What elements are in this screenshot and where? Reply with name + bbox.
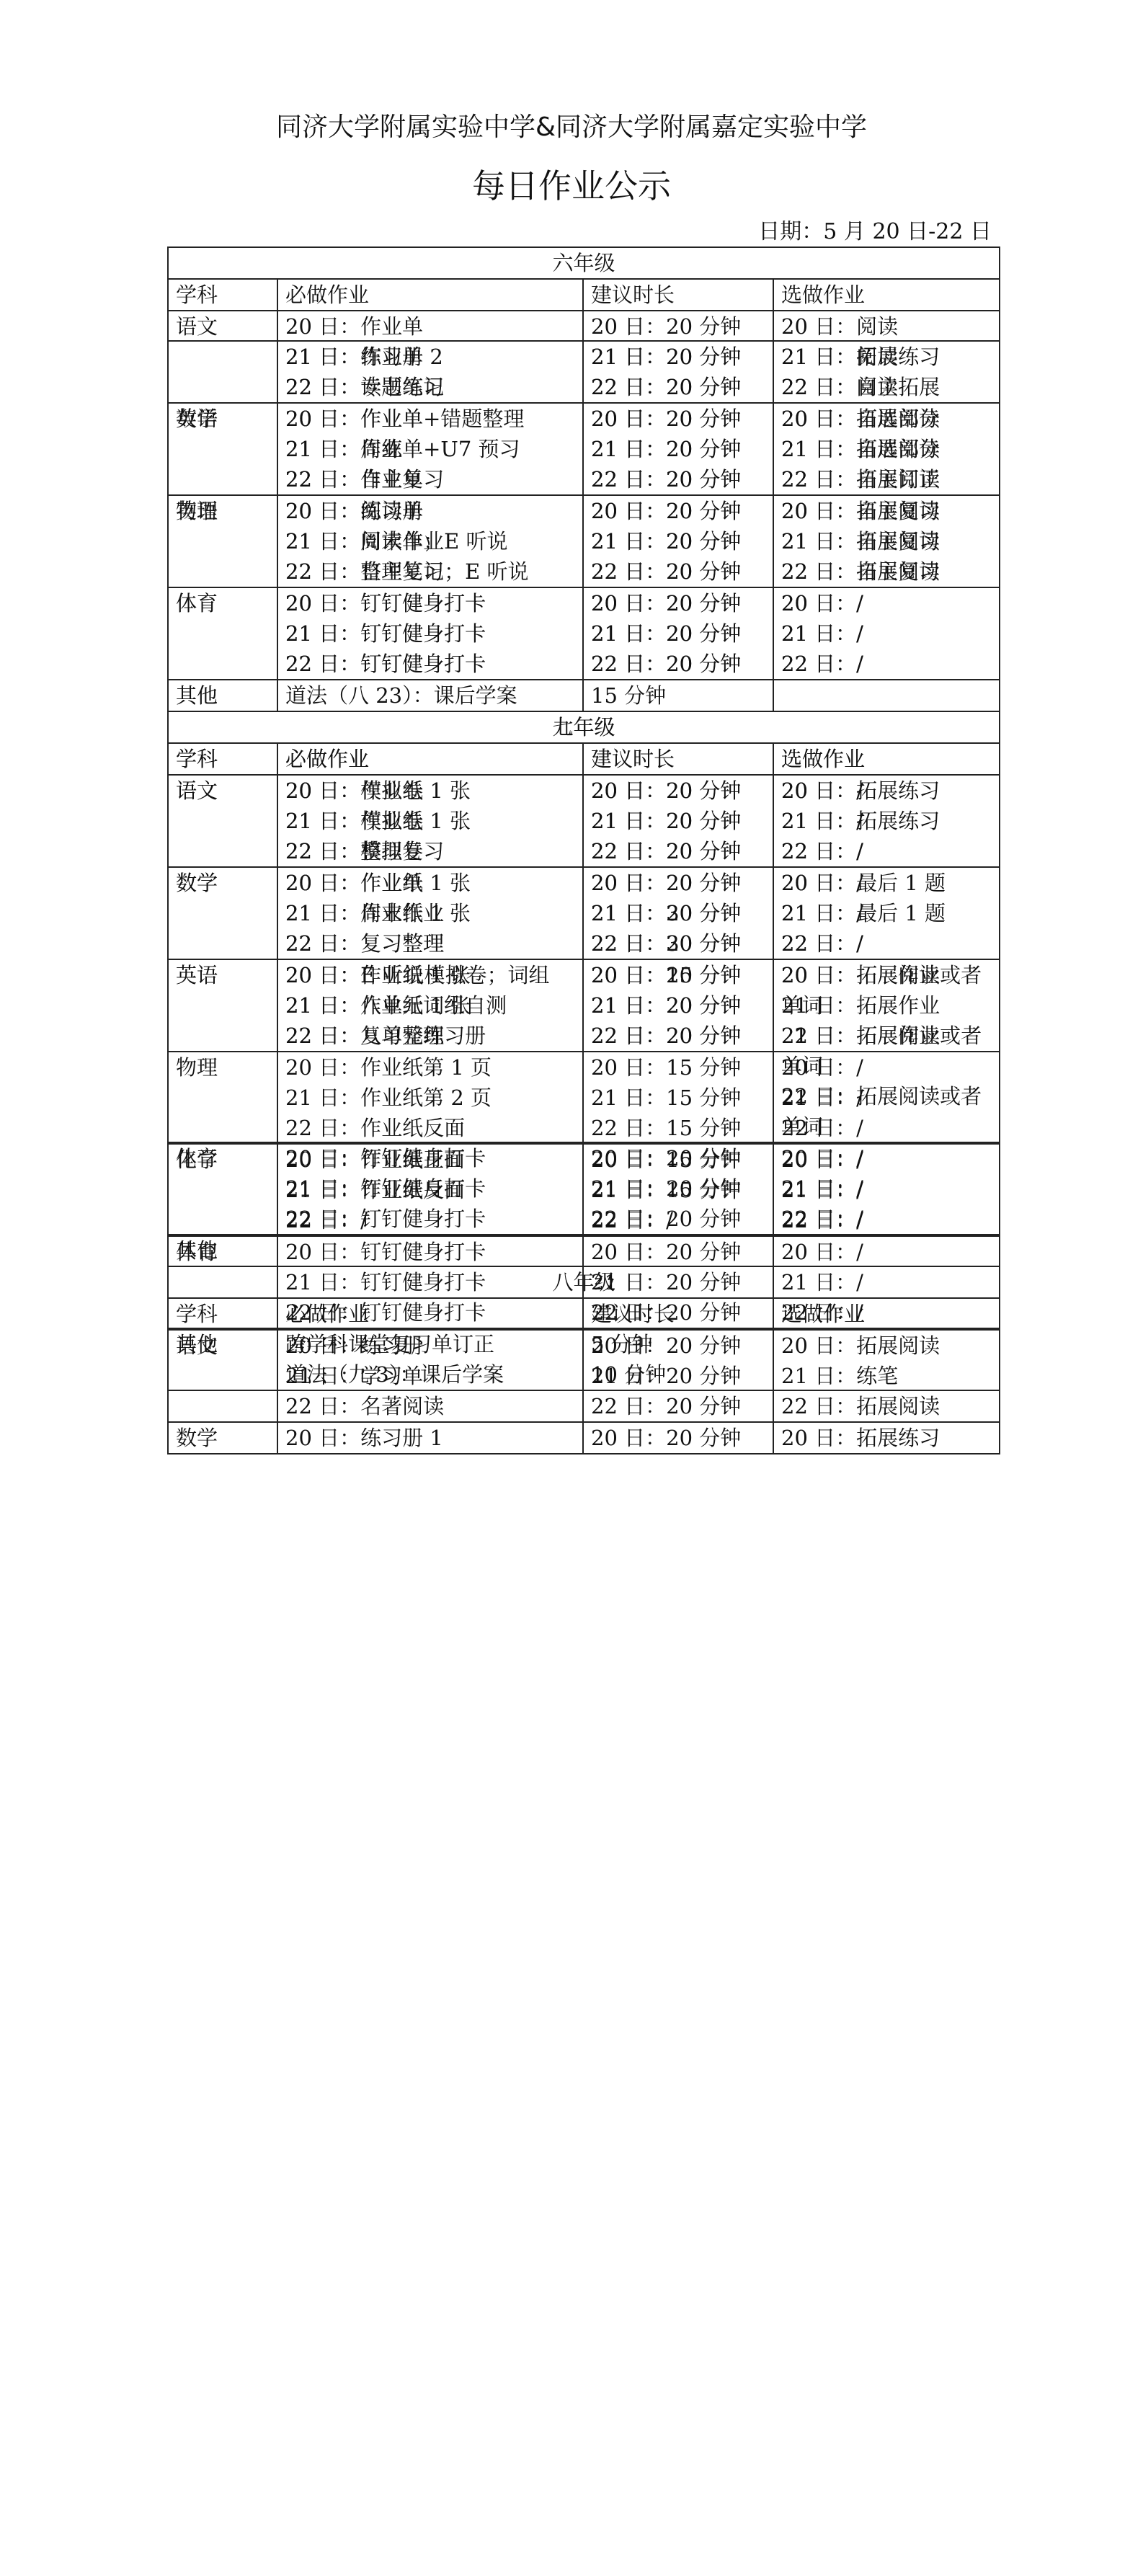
optional-homework-line: 20 日：自主复习 [781, 496, 992, 526]
column-header: 必做作业 [277, 743, 583, 775]
subject-name: 体育 [168, 587, 277, 680]
subject-name: 物理 [168, 1052, 277, 1144]
suggested-duration-line: 20 日：20 分钟 [591, 588, 765, 618]
subject-name: 其他 [168, 1328, 277, 1390]
grade-title: 九年级 [168, 711, 1000, 743]
optional-homework: 20 日：自主复习21 日：自主复习22 日：自主复习 [773, 495, 1000, 587]
suggested-duration: 20 日：20 分钟21 日：20 分钟22 日：20 分钟 [583, 959, 773, 1052]
suggested-duration-line: 20 日：20 分钟 [591, 960, 765, 990]
optional-homework: 20 日：/21 日：/22 日：/ [773, 1052, 1000, 1144]
suggested-duration-line: 21 日：15 分钟 [591, 1175, 765, 1205]
optional-homework-line: 21 日：拓展作业 [781, 990, 992, 1021]
optional-homework-line: 20 日：拓展作业 [781, 960, 992, 990]
subject-name: 物理 [168, 495, 277, 587]
suggested-duration: 21 日：20 分钟22 日：20 分钟 [583, 341, 773, 403]
suggested-duration: 20 日：20 分钟21 日：20 分钟22 日：20 分钟 [583, 867, 773, 959]
optional-homework: 20 日：/21 日：/22 日：/ [773, 1236, 1000, 1328]
optional-homework: 20 日：/21 日：/22 日：/ [773, 1144, 1000, 1236]
suggested-duration-line: 20 日：20 分钟 [591, 1237, 765, 1267]
suggested-duration-line: 22 日：20 分钟 [591, 556, 765, 587]
required-homework-line: 跨学科课堂复习单订正 [285, 1329, 575, 1359]
subject-row: 英语20 日：作业单+错题整理21 日：作业单+U7 预习22 日：作业单20 … [168, 403, 1000, 495]
subject-row: 语文20 日：作业纸 1 张21 日：作业纸 1 张22 日：整理复习20 日：… [168, 775, 1000, 867]
suggested-duration-line: 20 日：15 分钟 [591, 1145, 765, 1175]
subject-row: 21 日：练习册 222 日：专题练习21 日：20 分钟22 日：20 分钟2… [168, 341, 1000, 403]
optional-homework-line: 22 日：拓展作业 [781, 1021, 992, 1051]
required-homework-line: 21 日：作业纸反面 [285, 1175, 575, 1205]
required-homework-line: 22 日：自主复习 [285, 556, 575, 587]
suggested-duration-line: 22 日：20 分钟 [591, 372, 765, 402]
required-homework-line: 22 日：专题练习 [285, 372, 575, 402]
suggested-duration-line: 21 日：20 分钟 [591, 806, 765, 836]
required-homework-line: 21 日：作业纸 1 张 [285, 806, 575, 836]
required-homework-line: 20 日：作业纸 1 张 [285, 960, 575, 990]
optional-homework-line: 22 日：拓展阅读 [781, 464, 992, 494]
column-header: 选做作业 [773, 743, 1000, 775]
column-header: 建议时长 [583, 743, 773, 775]
suggested-duration-line: 21 日：20 分钟 [591, 1267, 765, 1297]
subject-row: 其他跨学科课堂复习单订正道法（九 3）：课后学案5 分钟10 分钟 [168, 1328, 1000, 1390]
suggested-duration-line: 22 日：20 分钟 [591, 464, 765, 494]
suggested-duration: 5 分钟10 分钟 [583, 1328, 773, 1390]
required-homework: 20 日：作业纸正面21 日：作业纸反面22 日：/ [277, 1144, 583, 1236]
subject-row: 物理20 日：作业纸第 1 页21 日：作业纸第 2 页22 日：作业纸反面20… [168, 1052, 1000, 1144]
subject-row: 体育20 日：钉钉健身打卡21 日：钉钉健身打卡22 日：钉钉健身打卡20 日：… [168, 1236, 1000, 1328]
optional-homework: 21 日：拓展练习22 日：自主拓展 [773, 341, 1000, 403]
column-header: 学科 [168, 279, 277, 311]
required-homework-line: 21 日：作业纸 1 张 [285, 898, 575, 928]
suggested-duration-line: 15 分钟 [591, 680, 765, 711]
suggested-duration-line: 21 日：20 分钟 [591, 990, 765, 1021]
suggested-duration: 20 日：20 分钟21 日：20 分钟22 日：20 分钟 [583, 1236, 773, 1328]
suggested-duration: 20 日：20 分钟 [583, 1422, 773, 1454]
optional-homework: 20 日：拓展练习21 日：拓展练习22 日：/ [773, 775, 1000, 867]
column-header-row: 学科必做作业建议时长选做作业 [168, 743, 1000, 775]
required-homework: 跨学科课堂复习单订正道法（九 3）：课后学案 [277, 1328, 583, 1390]
required-homework-line: 道法（九 3）：课后学案 [285, 1359, 575, 1390]
required-homework-line: 21 日：周末作业 [285, 526, 575, 556]
required-homework-line: 20 日：作业纸正面 [285, 1145, 575, 1175]
optional-homework-line: 20 日：/ [781, 1052, 992, 1083]
suggested-duration-line: 20 日：20 分钟 [591, 404, 765, 434]
suggested-duration-line: 22 日：/ [591, 1205, 765, 1235]
optional-homework [773, 1328, 1000, 1390]
optional-homework-line: 20 日：拓展练习 [781, 1423, 992, 1453]
suggested-duration-line: 22 日：20 分钟 [591, 1021, 765, 1051]
suggested-duration-line: 21 日：20 分钟 [591, 898, 765, 928]
suggested-duration: 20 日：20 分钟21 日：20 分钟22 日：20 分钟 [583, 587, 773, 680]
optional-homework-line: 20 日：/ [781, 588, 992, 618]
subject-row: 体育20 日：钉钉健身打卡21 日：钉钉健身打卡22 日：钉钉健身打卡20 日：… [168, 587, 1000, 680]
suggested-duration: 20 日：15 分钟21 日：15 分钟22 日：15 分钟 [583, 1052, 773, 1144]
required-homework-line: 22 日：名著阅读 [285, 1391, 575, 1421]
optional-homework-line: 22 日：/ [781, 1297, 992, 1328]
subject-row: 英语20 日：作业纸 1 张21 日：作业纸 1 张22 日：复习整理20 日：… [168, 959, 1000, 1052]
subject-name: 英语 [168, 959, 277, 1052]
required-homework-line: 22 日：/ [285, 1205, 575, 1235]
suggested-duration-line: 20 日：20 分钟 [591, 1423, 765, 1453]
required-homework: 20 日：练习册 1 [277, 1422, 583, 1454]
suggested-duration: 20 日：20 分钟21 日：20 分钟22 日：20 分钟 [583, 775, 773, 867]
optional-homework-line: 20 日：最后 1 题 [781, 868, 992, 898]
subject-row: 化学20 日：作业纸正面21 日：作业纸反面22 日：/20 日：15 分钟21… [168, 1144, 1000, 1236]
suggested-duration: 20 日：20 分钟21 日：20 分钟22 日：20 分钟 [583, 403, 773, 495]
required-homework-line: 20 日：作业单+错题整理 [285, 404, 575, 434]
required-homework-line: 22 日：钉钉健身打卡 [285, 1297, 575, 1328]
optional-homework: 20 日：拓展练习 [773, 1422, 1000, 1454]
optional-homework-line: 22 日：/ [781, 1113, 992, 1143]
subject-row: 数学20 日：练习册 120 日：20 分钟20 日：拓展练习 [168, 1422, 1000, 1454]
school-name: 同济大学附属实验中学&同济大学附属嘉定实验中学 [0, 107, 1143, 143]
optional-homework-line: 20 日：/ [781, 1237, 992, 1267]
required-homework-line: 20 日：钉钉健身打卡 [285, 1237, 575, 1267]
required-homework-line: 道法（八 23）：课后学案 [285, 680, 575, 711]
required-homework-line: 20 日：作业单 [285, 311, 575, 342]
optional-homework-line: 20 日：拓展阅读 [781, 404, 992, 434]
required-homework: 20 日：钉钉健身打卡21 日：钉钉健身打卡22 日：钉钉健身打卡 [277, 587, 583, 680]
optional-homework [773, 680, 1000, 711]
optional-homework-line: 20 日：/ [781, 1145, 992, 1175]
suggested-duration-line: 10 分钟 [591, 1359, 765, 1390]
optional-homework-line: 21 日：/ [781, 618, 992, 649]
column-header: 选做作业 [773, 279, 1000, 311]
optional-homework-line: 22 日：/ [781, 1205, 992, 1235]
subject-row: 物理20 日：练习册21 日：周末作业22 日：自主复习20 日：20 分钟21… [168, 495, 1000, 587]
required-homework-line: 21 日：练习册 2 [285, 342, 575, 372]
optional-homework-line: 21 日：最后 1 题 [781, 898, 992, 928]
required-homework-line: 20 日：练习册 1 [285, 1423, 575, 1453]
optional-homework-line: 22 日：自主复习 [781, 556, 992, 587]
required-homework-line: 20 日：钉钉健身打卡 [285, 588, 575, 618]
suggested-duration-line: 20 日：15 分钟 [591, 1052, 765, 1083]
homework-table-part2: 21 日：练习册 222 日：专题练习21 日：20 分钟22 日：20 分钟2… [167, 340, 1000, 1391]
subject-name: 数学 [168, 1422, 277, 1454]
optional-homework-line: 21 日：拓展练习 [781, 342, 992, 372]
column-header: 学科 [168, 743, 277, 775]
grade-header-row: 九年级 [168, 711, 1000, 743]
subject-row: 数学20 日：作业纸 1 张21 日：作业纸 1 张22 日：复习整理20 日：… [168, 867, 1000, 959]
column-header-row: 学科必做作业建议时长选做作业 [168, 279, 1000, 311]
required-homework-line: 22 日：整理复习 [285, 836, 575, 866]
suggested-duration-line: 22 日：20 分钟 [591, 1391, 765, 1421]
required-homework-line: 22 日：复习整理 [285, 928, 575, 959]
required-homework-line: 22 日：钉钉健身打卡 [285, 649, 575, 679]
optional-homework-line: 22 日：/ [781, 836, 992, 866]
required-homework-line: 20 日：作业纸 1 张 [285, 776, 575, 806]
suggested-duration-line: 22 日：20 分钟 [591, 836, 765, 866]
optional-homework-line: 22 日：/ [781, 649, 992, 679]
suggested-duration-line: 20 日：20 分钟 [591, 868, 765, 898]
required-homework: 道法（八 23）：课后学案 [277, 680, 583, 711]
required-homework: 20 日：作业单+错题整理21 日：作业单+U7 预习22 日：作业单 [277, 403, 583, 495]
suggested-duration-line: 20 日：20 分钟 [591, 311, 765, 342]
suggested-duration-line: 21 日：15 分钟 [591, 1083, 765, 1113]
subject-name: 数学 [168, 867, 277, 959]
subject-name [168, 341, 277, 403]
suggested-duration-line: 20 日：20 分钟 [591, 776, 765, 806]
optional-homework-line: 22 日：拓展阅读 [781, 1391, 992, 1421]
required-homework: 20 日：作业纸 1 张21 日：作业纸 1 张22 日：复习整理 [277, 959, 583, 1052]
optional-homework: 20 日：拓展阅读21 日：拓展阅读22 日：拓展阅读 [773, 403, 1000, 495]
required-homework-line: 20 日：作业纸 1 张 [285, 868, 575, 898]
required-homework-line: 21 日：作业单+U7 预习 [285, 434, 575, 464]
suggested-duration-line: 5 分钟 [591, 1329, 765, 1359]
optional-homework-line: 21 日：自主复习 [781, 526, 992, 556]
required-homework-line: 22 日：复习整理 [285, 1021, 575, 1051]
optional-homework: 20 日：拓展作业21 日：拓展作业22 日：拓展作业 [773, 959, 1000, 1052]
required-homework-line: 21 日：作业纸第 2 页 [285, 1083, 575, 1113]
suggested-duration-line: 22 日：20 分钟 [591, 649, 765, 679]
required-homework: 20 日：作业纸 1 张21 日：作业纸 1 张22 日：整理复习 [277, 775, 583, 867]
page-title: 每日作业公示 [0, 160, 1143, 208]
optional-homework: 20 日：/21 日：/22 日：/ [773, 587, 1000, 680]
suggested-duration-line: 20 日：20 分钟 [591, 496, 765, 526]
optional-homework-line: 21 日：/ [781, 1175, 992, 1205]
required-homework-line: 21 日：作业纸 1 张 [285, 990, 575, 1021]
required-homework: 20 日：作业纸第 1 页21 日：作业纸第 2 页22 日：作业纸反面 [277, 1052, 583, 1144]
suggested-duration: 15 分钟 [583, 680, 773, 711]
suggested-duration: 20 日：15 分钟21 日：15 分钟22 日：/ [583, 1144, 773, 1236]
required-homework: 20 日：练习册21 日：周末作业22 日：自主复习 [277, 495, 583, 587]
optional-homework: 20 日：最后 1 题21 日：最后 1 题22 日：/ [773, 867, 1000, 959]
grade-title: 六年级 [168, 247, 1000, 279]
required-homework: 20 日：钉钉健身打卡21 日：钉钉健身打卡22 日：钉钉健身打卡 [277, 1236, 583, 1328]
required-homework-line: 22 日：作业单 [285, 464, 575, 494]
suggested-duration-line: 21 日：20 分钟 [591, 434, 765, 464]
subject-name: 其他 [168, 680, 277, 711]
optional-homework-line: 20 日：拓展练习 [781, 776, 992, 806]
subject-row: 其他道法（八 23）：课后学案15 分钟 [168, 680, 1000, 711]
suggested-duration-line: 22 日：20 分钟 [591, 1297, 765, 1328]
suggested-duration-line: 21 日：20 分钟 [591, 618, 765, 649]
subject-name: 化学 [168, 1144, 277, 1236]
required-homework: 20 日：作业纸 1 张21 日：作业纸 1 张22 日：复习整理 [277, 867, 583, 959]
date-range: 日期：5 月 20 日-22 日 [758, 213, 992, 245]
optional-homework-line: 21 日：拓展练习 [781, 806, 992, 836]
suggested-duration-line: 22 日：20 分钟 [591, 928, 765, 959]
grade-header-row: 六年级 [168, 247, 1000, 279]
required-homework-line: 21 日：钉钉健身打卡 [285, 618, 575, 649]
suggested-duration: 20 日：20 分钟21 日：20 分钟22 日：20 分钟 [583, 495, 773, 587]
subject-name: 英语 [168, 403, 277, 495]
required-homework-line: 20 日：作业纸第 1 页 [285, 1052, 575, 1083]
optional-homework-line: 21 日：拓展阅读 [781, 434, 992, 464]
subject-name: 体育 [168, 1236, 277, 1328]
column-header: 建议时长 [583, 279, 773, 311]
optional-homework-line: 22 日：自主拓展 [781, 372, 992, 402]
optional-homework-line: 20 日：阅读 [781, 311, 992, 342]
optional-homework-line: 21 日：/ [781, 1083, 992, 1113]
optional-homework-line: 21 日：/ [781, 1267, 992, 1297]
required-homework: 21 日：练习册 222 日：专题练习 [277, 341, 583, 403]
suggested-duration-line: 21 日：20 分钟 [591, 526, 765, 556]
required-homework-line: 20 日：练习册 [285, 496, 575, 526]
suggested-duration-line: 21 日：20 分钟 [591, 342, 765, 372]
suggested-duration-line: 22 日：15 分钟 [591, 1113, 765, 1143]
required-homework-line: 22 日：作业纸反面 [285, 1113, 575, 1143]
required-homework-line: 21 日：钉钉健身打卡 [285, 1267, 575, 1297]
optional-homework-line: 22 日：/ [781, 928, 992, 959]
column-header: 必做作业 [277, 279, 583, 311]
subject-name: 语文 [168, 775, 277, 867]
